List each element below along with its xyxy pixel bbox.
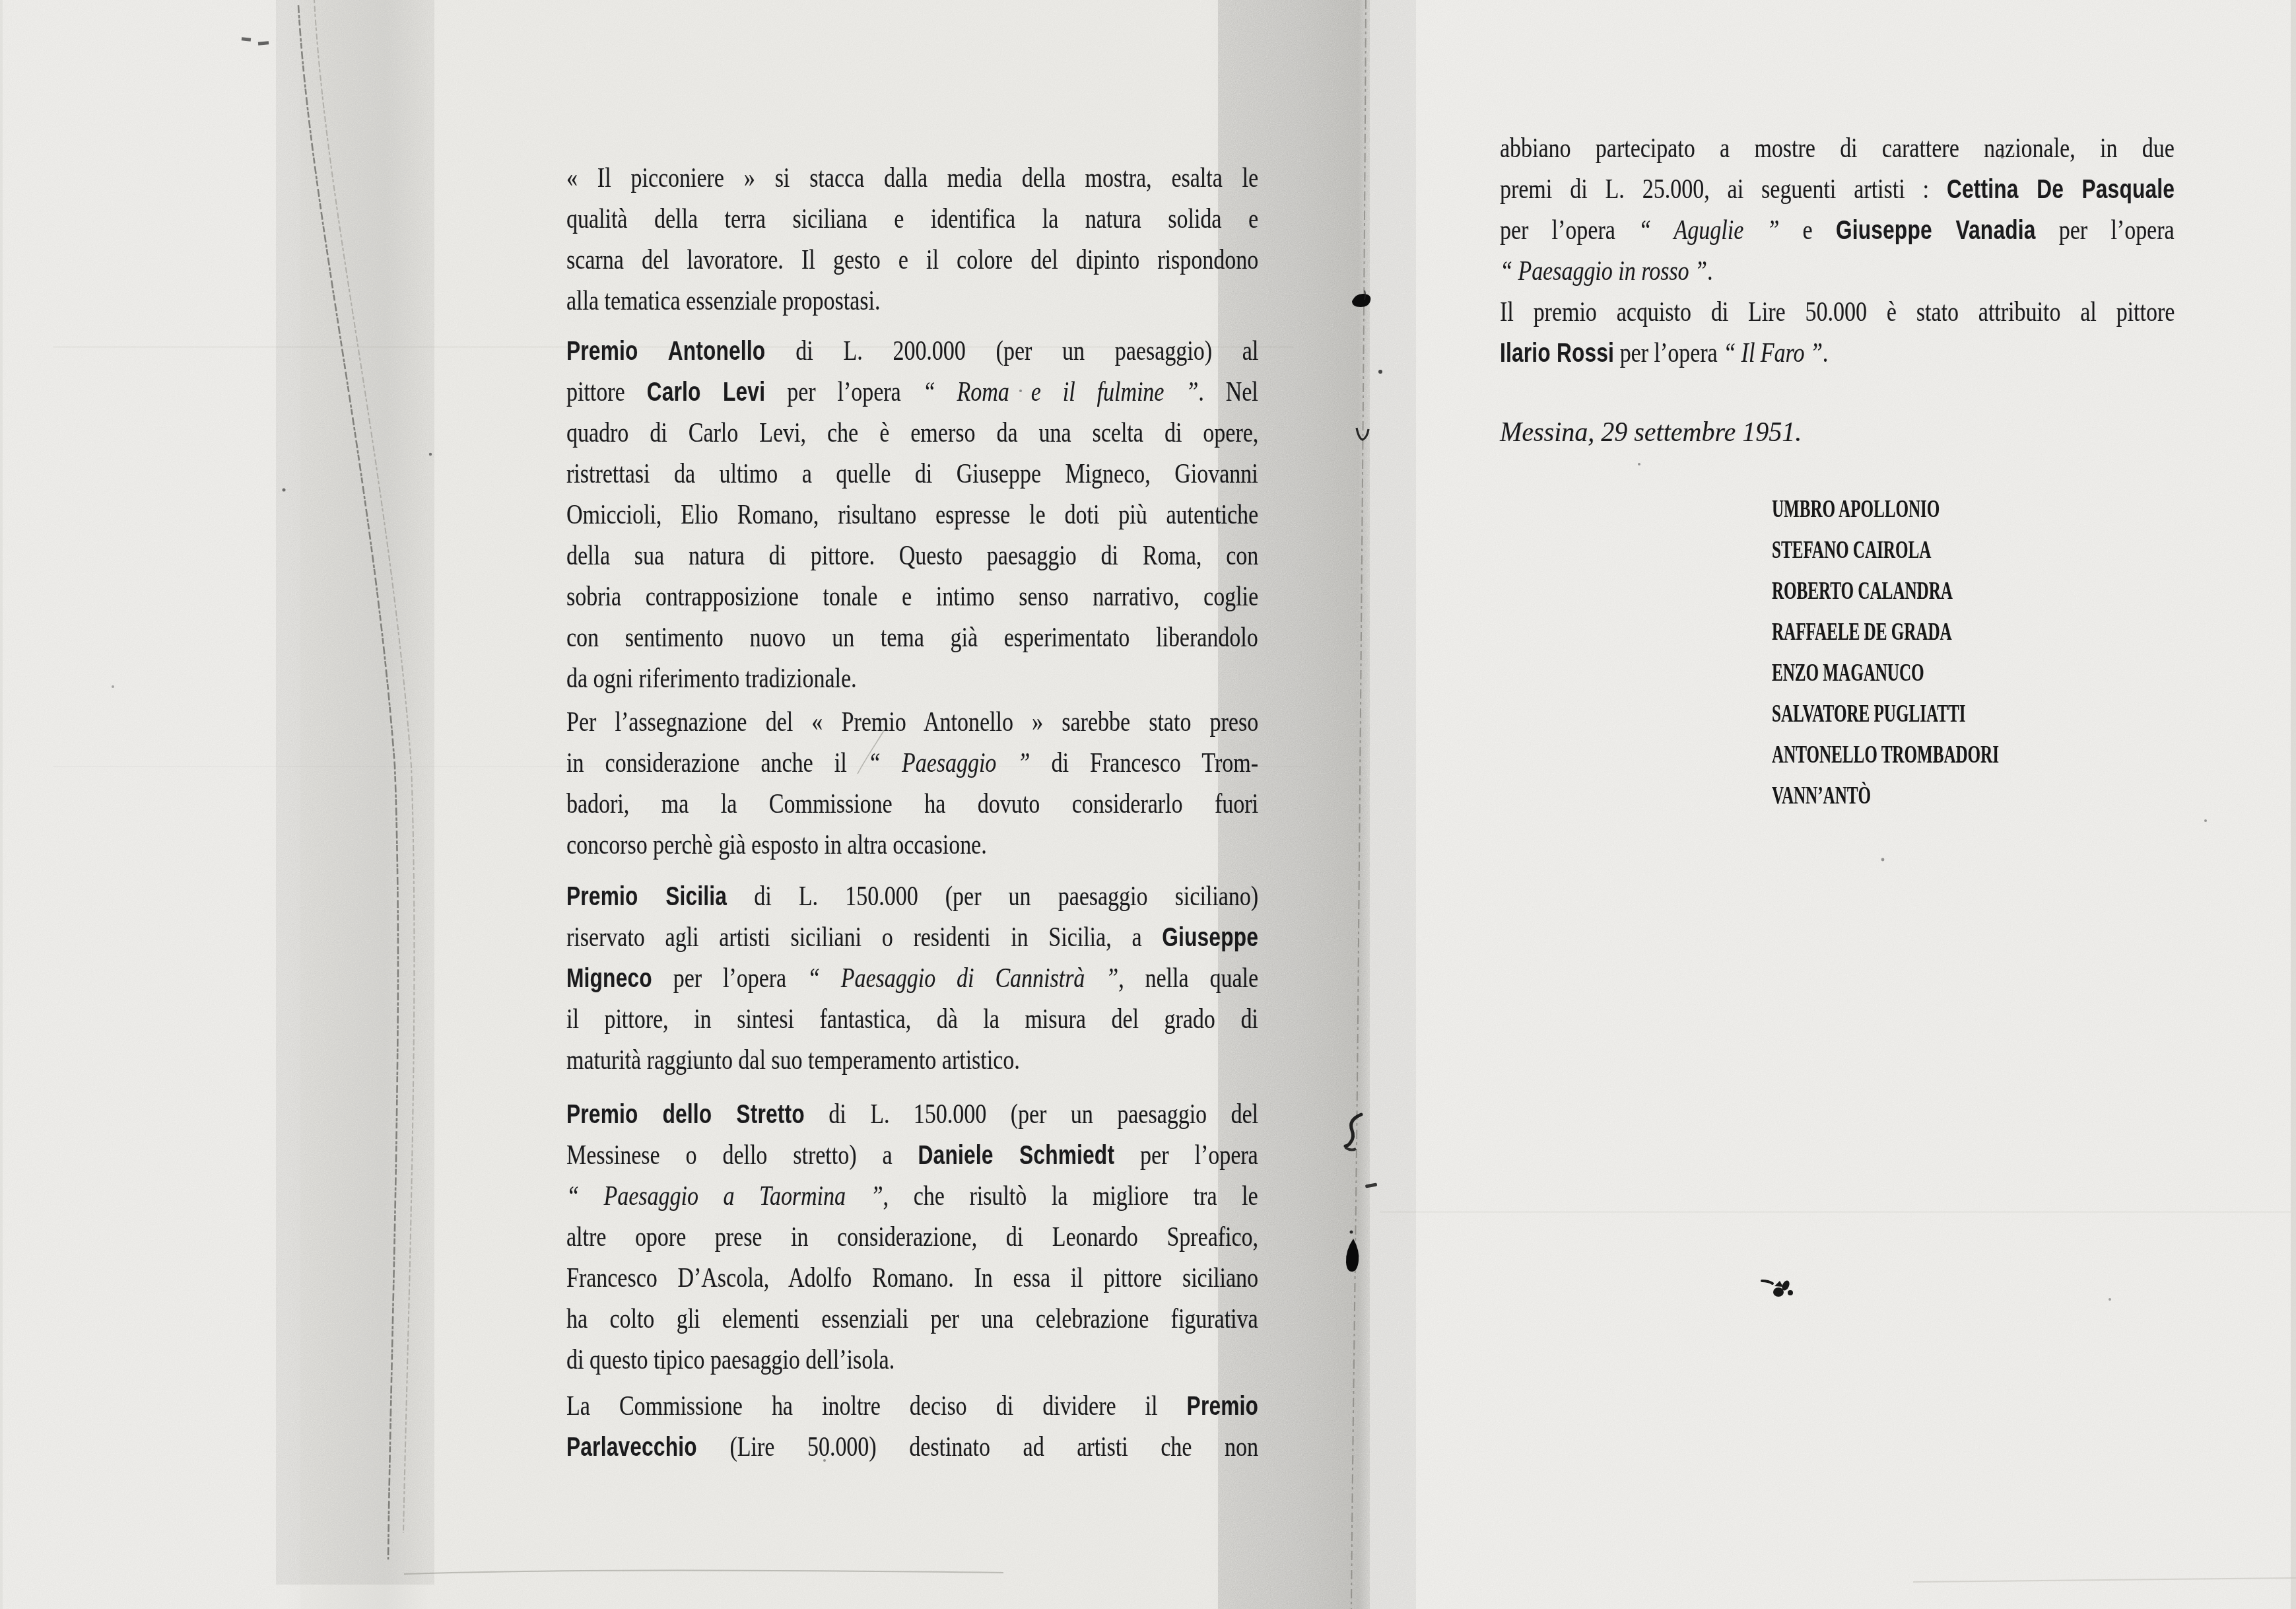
ink-mark [1345, 1114, 1361, 1146]
page-left-edge [0, 0, 3, 1609]
text-line: qualità della terra siciliana e identifi… [566, 199, 1258, 240]
ink-speck [1350, 1231, 1353, 1234]
ink-speck [258, 41, 269, 45]
text-line: Premio dello Stretto di L. 150.000 (per … [566, 1094, 1258, 1135]
bottom-crease-line [404, 1571, 1003, 1575]
text-line: alla tematica essenziale propostasi. [566, 281, 1258, 322]
text-line: sobria contrapposizione tonale e intimo … [566, 576, 1258, 617]
ink-mark [1345, 1147, 1356, 1150]
date-text: Messina, 29 settembre 1951. [1500, 412, 1802, 453]
signatory-name: SALVATORE PUGLIATTI [1772, 693, 2116, 734]
text-line: concorso perchè già esposto in altra occ… [566, 825, 1258, 866]
left-margin-tint [0, 0, 300, 1609]
left-crease-grain-band [276, 0, 434, 1585]
text-line: Francesco D’Ascola, Adolfo Romano. In es… [566, 1258, 1258, 1299]
signatory-name: VANN’ANTÒ [1772, 775, 2116, 816]
text-line: Parlavecchio (Lire 50.000) destinato ad … [566, 1427, 1258, 1468]
dust-speck [1638, 463, 1640, 465]
ink-speck [1378, 370, 1382, 374]
dust-speck [2204, 819, 2207, 822]
text-line: quadro di Carlo Levi, che è emerso da un… [566, 413, 1258, 454]
ink-blot [1365, 291, 1365, 300]
text-line: da ogni riferimento tradizionale. [566, 658, 1258, 699]
scanner-streak [1380, 1211, 2291, 1213]
signatory-name: RAFFAELE DE GRADA [1772, 611, 2116, 652]
text-line: di questo tipico paesaggio dell’isola. [566, 1340, 1258, 1381]
signatory-name: ENZO MAGANUCO [1772, 652, 2116, 693]
text-line: in considerazione anche il “ Paesaggio ”… [566, 743, 1258, 784]
text-line: “ Paesaggio in rosso ”. [1500, 251, 2175, 292]
signatory-name: UMBRO APOLLONIO [1772, 489, 2116, 530]
gutter-fold-line [1351, 0, 1366, 1609]
fold-crease-line [314, 0, 414, 1533]
right-margin-grain-band [1370, 0, 1416, 1609]
text-line: della sua natura di pittore. Questo paes… [566, 535, 1258, 576]
text-line: maturità raggiunto dal suo temperamento … [566, 1040, 1258, 1081]
text-line: Messinese o dello stretto) a Daniele Sch… [566, 1135, 1258, 1176]
bottom-crease-line [1913, 1578, 2296, 1582]
left-fold-shading [284, 0, 429, 1609]
right-text-column: abbiano partecipato a mostre di caratter… [1500, 128, 2175, 374]
text-line: badori, ma la Commissione ha dovuto cons… [566, 784, 1258, 825]
text-line: il pittore, in sintesi fantastica, dà la… [566, 999, 1258, 1040]
text-line: Ilario Rossi per l’opera “ Il Faro ”. [1500, 333, 2175, 374]
left-text-column: « Il picconiere » si stacca dalla media … [566, 158, 1258, 1468]
dust-speck [1881, 858, 1885, 862]
text-line: con sentimento nuovo un tema già esperim… [566, 617, 1258, 658]
dust-speck [283, 489, 286, 492]
signatory-name: STEFANO CAIROLA [1772, 530, 2116, 570]
ink-mark [1357, 428, 1368, 440]
text-line: Omiccioli, Elio Romano, risultano espres… [566, 495, 1258, 535]
text-line: Premio Antonello di L. 200.000 (per un p… [566, 331, 1258, 372]
dust-speck [429, 453, 432, 456]
ink-blot [1346, 1239, 1359, 1272]
ink-blot-cluster [1762, 1280, 1793, 1297]
text-line: ha colto gli elementi essenziali per una… [566, 1299, 1258, 1340]
text-line: ristrettasi da ultimo a quelle di Giusep… [566, 454, 1258, 495]
text-line: abbiano partecipato a mostre di caratter… [1500, 128, 2175, 169]
date-line: Messina, 29 settembre 1951. [1500, 412, 1825, 453]
ink-speck [242, 37, 251, 41]
text-line: “ Paesaggio a Taormina ”, che risultò la… [566, 1176, 1258, 1217]
signatory-name: ROBERTO CALANDRA [1772, 570, 2116, 611]
dust-speck [2109, 1298, 2111, 1301]
text-line: per l’opera “ Aguglie ” e Giuseppe Vanad… [1500, 210, 2175, 251]
signatory-name: ANTONELLO TROMBADORI [1772, 734, 2116, 775]
text-line: Il premio acquisto di Lire 50.000 è stat… [1500, 292, 2175, 333]
ink-dash [1365, 1182, 1378, 1188]
text-line: riservato agli artisti siciliani o resid… [566, 917, 1258, 958]
text-line: altre opore prese in considerazione, di … [566, 1217, 1258, 1258]
text-line: premi di L. 25.000, ai seguenti artisti … [1500, 169, 2175, 210]
text-line: Per l’assegnazione del « Premio Antonell… [566, 702, 1258, 743]
dust-speck [112, 685, 114, 688]
text-line: Premio Sicilia di L. 150.000 (per un pae… [566, 876, 1258, 917]
text-line: Migneco per l’opera “ Paesaggio di Canni… [566, 958, 1258, 999]
ink-blot [1352, 294, 1370, 307]
page-right-edge [2291, 0, 2296, 1609]
fold-crease-line [298, 5, 398, 1559]
text-line: pittore Carlo Levi per l’opera “ Roma e … [566, 372, 1258, 413]
scanned-document-page: « Il picconiere » si stacca dalla media … [0, 0, 2296, 1609]
text-line: La Commissione ha inoltre deciso di divi… [566, 1386, 1258, 1427]
text-line: scarna del lavoratore. Il gesto e il col… [566, 240, 1258, 281]
text-line: « Il picconiere » si stacca dalla media … [566, 158, 1258, 199]
signatories-list: UMBRO APOLLONIOSTEFANO CAIROLAROBERTO CA… [1772, 489, 2116, 816]
